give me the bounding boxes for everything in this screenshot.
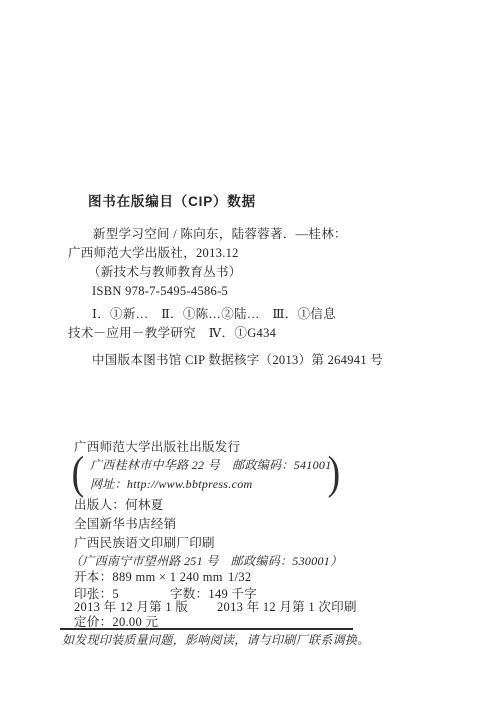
copyright-page: 图书在版编目（CIP）数据 新型学习空间 / 陈向东，陆蓉蓉著．—桂林： 广西师… [0, 0, 500, 709]
distribution-line: 全国新华书店经销 [74, 517, 176, 532]
format-value: 开本：889 mm × 1 240 mm [74, 570, 223, 585]
publisher-person-line: 出版人：何林夏 [74, 498, 164, 513]
cip-publisher-line: 广西师范大学出版社，2013.12 [68, 246, 239, 261]
cip-title-line: 新型学习空间 / 陈向东，陆蓉蓉著．—桂林： [93, 227, 347, 242]
format-fraction: 1/32 [228, 570, 251, 585]
cip-heading: 图书在版编目（CIP）数据 [88, 194, 256, 209]
impression-value: 2013 年 12 月第 1 次印刷 [217, 600, 357, 615]
big-close-paren: ) [328, 450, 341, 497]
cip-classification-line-1: Ⅰ．①新… Ⅱ．①陈…②陆… Ⅲ．①信息 [92, 307, 336, 322]
printer-address-line: （广西南宁市望州路 251 号 邮政编码：530001） [70, 554, 342, 569]
publisher-address: 广西桂林市中华路 22 号 邮政编码：541001 [90, 458, 332, 473]
divider-rule [60, 628, 353, 630]
publisher-website: 网址：http://www.bbtpress.com [90, 477, 252, 492]
edition-value: 2013 年 12 月第 1 版 [74, 600, 188, 615]
cip-isbn-line: ISBN 978-7-5495-4586-5 [92, 284, 228, 299]
cip-series-line: （新技术与教师教育丛书） [88, 265, 242, 280]
cip-registry-line: 中国版本图书馆 CIP 数据核字（2013）第 264941 号 [92, 353, 383, 368]
printer-line: 广西民族语文印刷厂印刷 [74, 536, 215, 551]
big-open-paren: ( [72, 450, 85, 497]
publisher-line: 广西师范大学出版社出版发行 [74, 440, 240, 455]
cip-classification-line-2: 技术－应用－教学研究 Ⅳ．①G434 [68, 326, 276, 341]
quality-notice-line: 如发现印装质量问题，影响阅读，请与印刷厂联系调换。 [62, 633, 370, 648]
